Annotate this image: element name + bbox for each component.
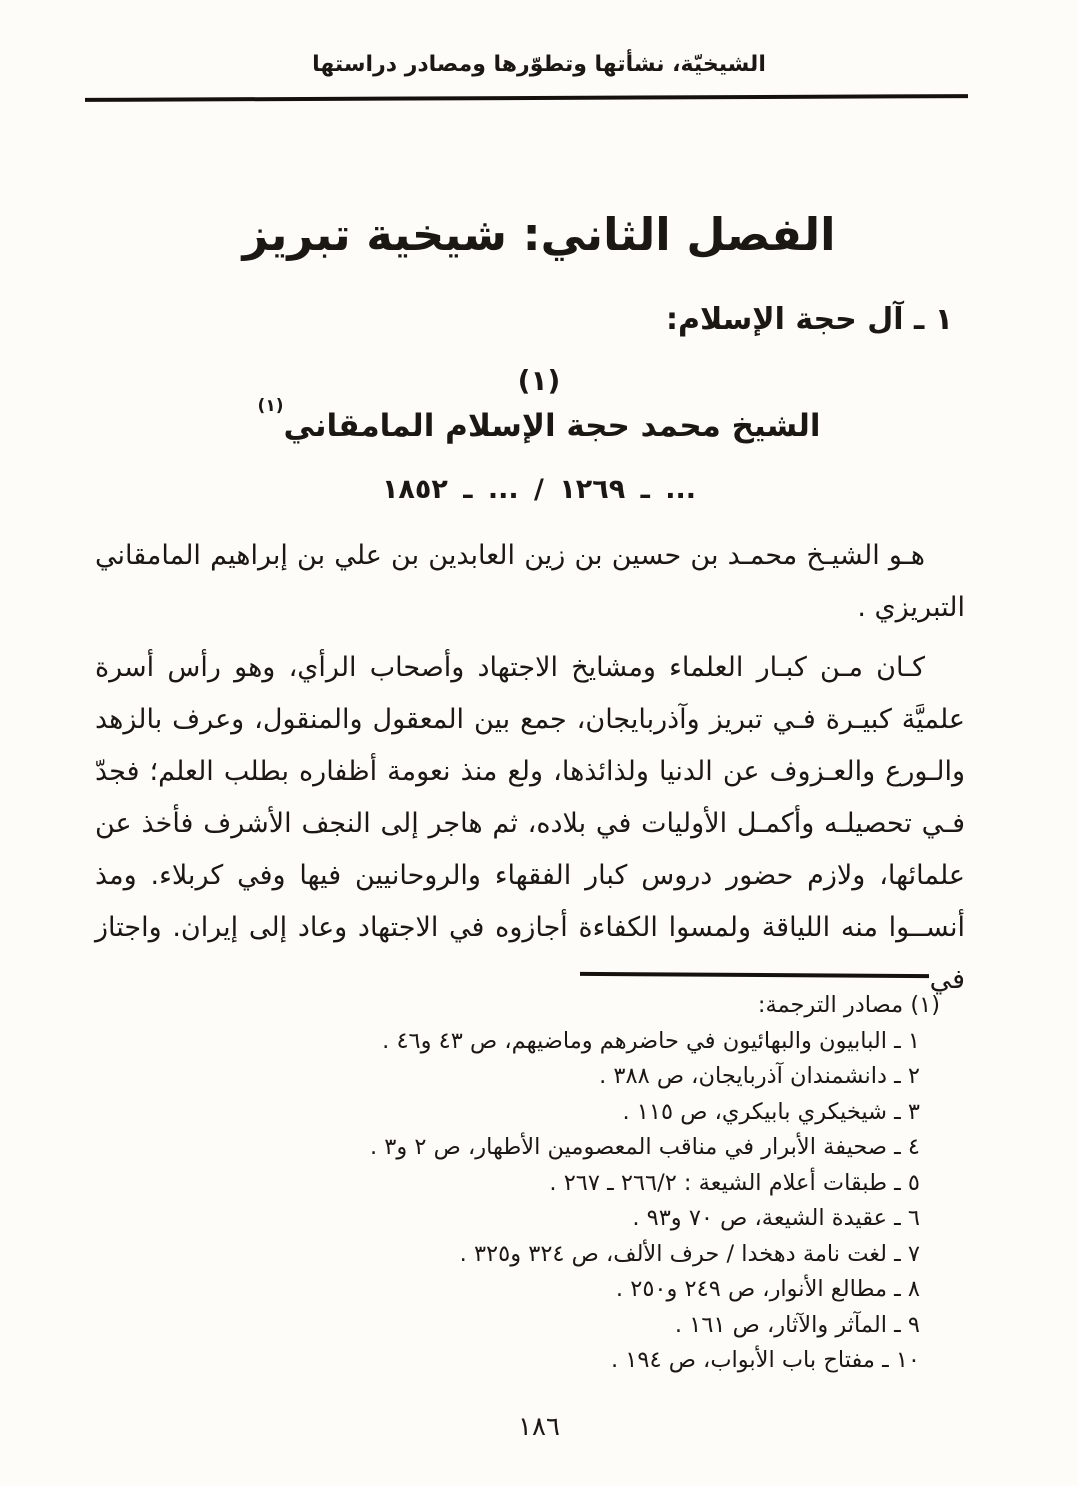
footnotes-block: (١) مصادر الترجمة: ١ ـ البابيون والبهائي… <box>95 988 940 1379</box>
paragraph-1: هـو الشيـخ محمـد بن حسين بن زين العابدين… <box>95 530 965 634</box>
paragraph-2: كـان مـن كبـار العلماء ومشايخ الاجتهاد و… <box>95 642 965 1006</box>
entry-name-heading: الشيخ محمد حجة الإسلام المامقاني(١) <box>0 408 1078 444</box>
body-line: هـو الشيـخ محمـد بن حسين بن زين العابدين… <box>95 530 965 582</box>
running-header-title: الشيخيّة، نشأتها وتطوّرها ومصادر دراستها <box>0 52 1078 77</box>
section-heading: ١ ـ آل حجة الإسلام: <box>95 302 965 337</box>
footnote-item: ٣ ـ شيخيكري بابيكري، ص ١١٥ . <box>95 1095 940 1131</box>
entry-dates: ... ـ ١٢٦٩ / ... ـ ١٨٥٢ <box>0 474 1078 505</box>
entry-number: (١) <box>0 364 1078 397</box>
chapter-title: الفصل الثاني: شيخية تبريز <box>0 208 1078 261</box>
footnote-item: ١٠ ـ مفتاح باب الأبواب، ص ١٩٤ . <box>95 1343 940 1379</box>
footnote-item: ٧ ـ لغت نامة دهخدا / حرف الألف، ص ٣٢٤ و٣… <box>95 1237 940 1273</box>
page-number: ١٨٦ <box>0 1412 1078 1442</box>
footnote-item: ٦ ـ عقيدة الشيعة، ص ٧٠ و٩٣ . <box>95 1201 940 1237</box>
body-text: هـو الشيـخ محمـد بن حسين بن زين العابدين… <box>95 530 965 1006</box>
footnote-item: ٨ ـ مطالع الأنوار، ص ٢٤٩ و٢٥٠ . <box>95 1272 940 1308</box>
header-rule <box>85 94 968 101</box>
footnotes-header: (١) مصادر الترجمة: <box>95 988 940 1024</box>
body-line: علمائها، ولازم حضور دروس كبار الفقهاء وا… <box>95 850 965 902</box>
footnote-item: ١ ـ البابيون والبهائيون في حاضرهم وماضيه… <box>95 1024 940 1060</box>
body-line: والـورع والعـزوف عن الدنيا ولذائذها، ولع… <box>95 746 965 798</box>
footnote-marker: (١) <box>258 396 284 416</box>
body-line: التبريزي . <box>95 582 965 634</box>
footnote-item: ٢ ـ دانشمندان آذربايجان، ص ٣٨٨ . <box>95 1059 940 1095</box>
book-page: الشيخيّة، نشأتها وتطوّرها ومصادر دراستها… <box>0 0 1078 1486</box>
footnote-item: ٩ ـ المآثر والآثار، ص ١٦١ . <box>95 1308 940 1344</box>
entry-name: الشيخ محمد حجة الإسلام المامقاني <box>283 408 820 444</box>
footnote-item: ٤ ـ صحيفة الأبرار في مناقب المعصومين الأ… <box>95 1130 940 1166</box>
body-line: علميَّة كبيـرة فـي تبريز وآذربايجان، جمع… <box>95 694 965 746</box>
footnote-item: ٥ ـ طبقات أعلام الشيعة : ٢٦٦/٢ ـ ٢٦٧ . <box>95 1166 940 1202</box>
body-line: فـي تحصيلـه وأكمـل الأوليات في بلاده، ثم… <box>95 798 965 850</box>
body-line: كـان مـن كبـار العلماء ومشايخ الاجتهاد و… <box>95 642 965 694</box>
